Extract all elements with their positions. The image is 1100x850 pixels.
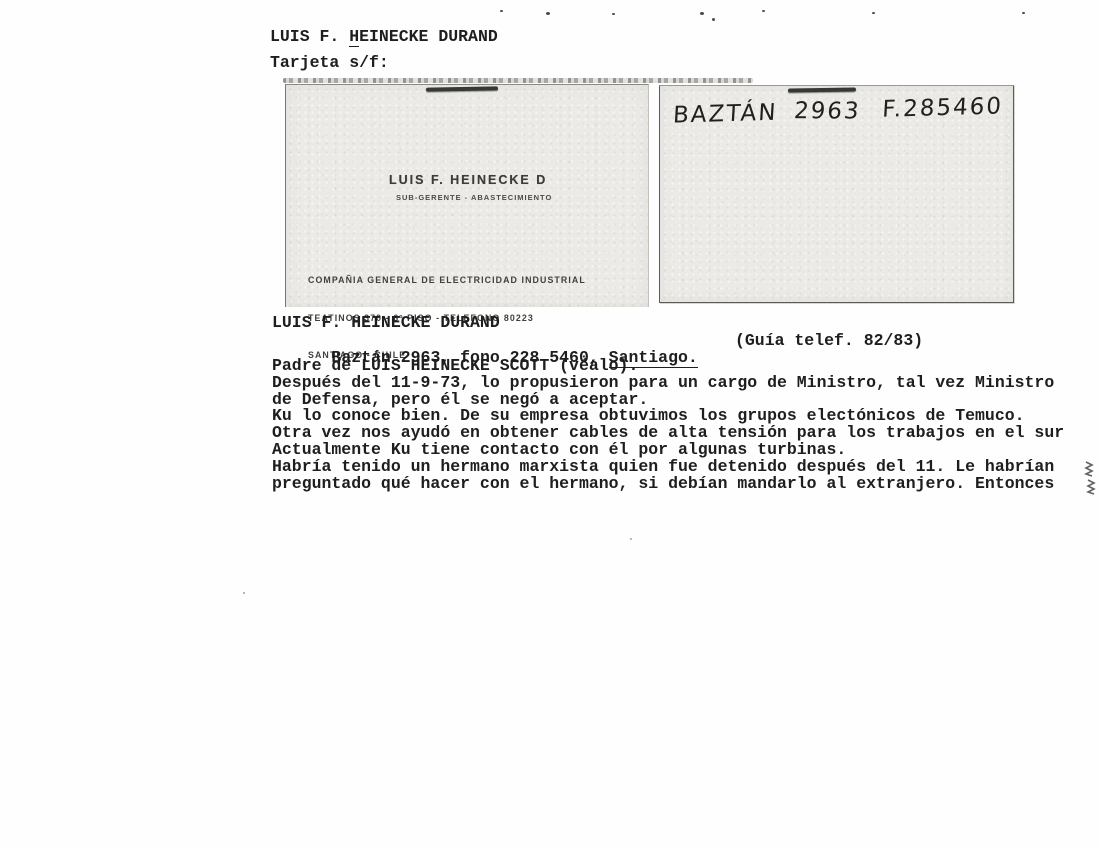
staple-mark (426, 86, 498, 91)
staple-mark (788, 87, 856, 92)
handwritten-street: BAZTÁN (672, 100, 778, 129)
notes-paragraph: Padre de LUIS HEINECKE SCOTT (véalo). De… (272, 358, 1064, 492)
subject-name-post: EINECKE DURAND (359, 27, 498, 46)
subject-name-heading: LUIS F. HEINECKE DURAND (270, 28, 498, 45)
scan-artifact-squiggle (1086, 479, 1096, 495)
scanned-document-page: LUIS F. HEINECKE DURAND Tarjeta s/f: LUI… (0, 0, 1100, 850)
handwritten-number: 2963 (793, 98, 862, 125)
scan-speck (500, 10, 503, 12)
phone-guide-reference: (Guía telef. 82/83) (735, 332, 923, 349)
subject-name-underlined: H (349, 27, 359, 47)
card-company-line: COMPAÑIA GENERAL DE ELECTRICIDAD INDUSTR… (308, 274, 586, 287)
scan-speck (762, 10, 765, 12)
card-printed-title: SUB-GERENTE - ABASTECIMIENTO (396, 193, 552, 202)
card-caption: Tarjeta s/f: (270, 54, 498, 71)
page-heading: LUIS F. HEINECKE DURAND Tarjeta s/f: (270, 28, 498, 71)
handwritten-annotation: BAZTÁN2963F.285460 (672, 93, 1003, 128)
business-card-back: BAZTÁN2963F.285460 (659, 85, 1014, 303)
typed-notes: LUIS F. HEINECKE DURAND Baztán 2963, fon… (272, 314, 1100, 400)
card-printed-name: LUIS F. HEINECKE D (389, 173, 547, 187)
notes-subject-name: LUIS F. HEINECKE DURAND (272, 314, 1100, 331)
scan-speck (700, 12, 704, 15)
subject-name-pre: LUIS F. (270, 27, 349, 46)
scan-speck (612, 13, 615, 15)
scan-speck (712, 18, 715, 21)
scan-speck (243, 592, 245, 594)
scan-speck (630, 538, 632, 540)
handwritten-file-number: F.285460 (882, 93, 1004, 122)
scan-edge-strip (283, 78, 753, 83)
scan-speck (546, 12, 550, 15)
scan-speck (1022, 12, 1025, 14)
scan-speck (872, 12, 875, 14)
notes-line: preguntado qué hacer con el hermano, si … (272, 476, 1064, 493)
scan-artifact-squiggle (1084, 461, 1094, 477)
handwriting-gap (860, 97, 883, 124)
business-card-front: LUIS F. HEINECKE D SUB-GERENTE - ABASTEC… (285, 84, 649, 307)
